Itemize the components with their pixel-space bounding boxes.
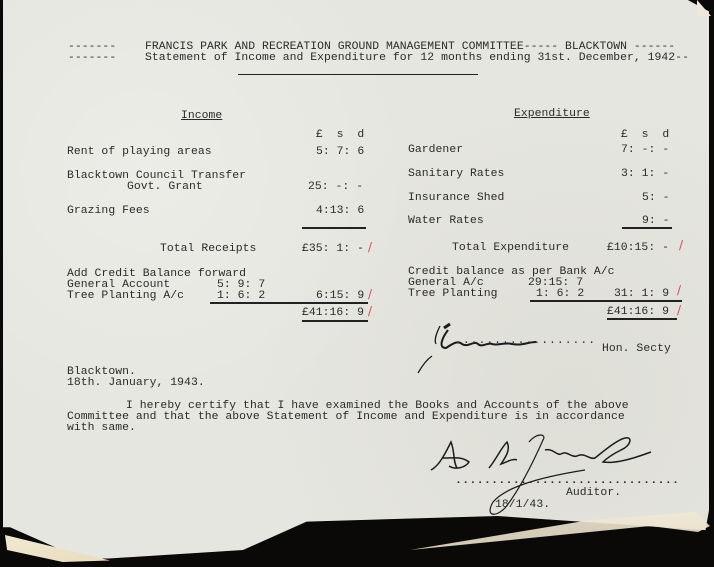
check-mark-icon: / [679, 238, 683, 252]
income-grand-total: £41:16: 9 [302, 307, 364, 319]
expenditure-heading: Expenditure [514, 108, 590, 120]
income-item-label: Grazing Fees [67, 205, 150, 217]
income-balance-rule [210, 302, 368, 304]
header-subtitle: Statement of Income and Expenditure for … [145, 52, 689, 64]
auditor-date: 18/1/43. [495, 499, 550, 511]
expenditure-currency-columns: £ s d [621, 129, 669, 141]
expenditure-item-amount: 5: - [642, 192, 670, 204]
expenditure-balance-rule [530, 300, 682, 302]
check-mark-icon: / [368, 240, 372, 254]
check-mark-icon: / [368, 287, 372, 301]
secretary-signature [412, 318, 542, 378]
income-balance-label: Tree Planting A/c [67, 290, 184, 302]
header-underline [238, 74, 478, 75]
expenditure-grand-total-rule [607, 318, 677, 320]
expenditure-balance-subtotal: 31: 1: 9 [614, 288, 669, 300]
income-subtotal-rule [302, 227, 366, 229]
expenditure-item-label: Water Rates [408, 215, 484, 227]
expenditure-item-amount: 3: 1: - [621, 168, 669, 180]
auditor-title: Auditor. [566, 487, 621, 499]
expenditure-item-label: Sanitary Rates [408, 168, 504, 180]
income-total-amount: £35: 1: - [302, 243, 364, 255]
income-item-label: Rent of playing areas [67, 146, 212, 158]
check-mark-icon: / [677, 303, 681, 317]
secretary-signature-dots: .................. [455, 335, 596, 347]
income-item-amount: 25: -: - [308, 181, 363, 193]
header-dashes-2: ------- [68, 52, 116, 64]
date: 18th. January, 1943. [67, 377, 205, 389]
expenditure-item-amount: 9: - [642, 215, 670, 227]
income-item-label-2: Govt. Grant [127, 181, 203, 193]
expenditure-grand-total: £41:16: 9 [607, 306, 669, 318]
expenditure-total-amount: £10:15: - [607, 242, 669, 254]
expenditure-balance-label: Tree Planting [408, 288, 498, 300]
check-mark-icon: / [368, 304, 372, 318]
expenditure-item-label: Gardener [408, 144, 463, 156]
income-heading: Income [181, 110, 222, 122]
income-balance-amount: 1: 6: 2 [217, 290, 265, 302]
check-mark-icon: / [677, 283, 681, 297]
income-item-amount: 4:13: 6 [316, 205, 364, 217]
expenditure-total-label: Total Expenditure [452, 242, 569, 254]
income-item-amount: 5: 7: 6 [316, 146, 364, 158]
expenditure-subtotal-rule [622, 227, 672, 229]
income-grand-total-rule [302, 320, 368, 322]
expenditure-item-label: Insurance Shed [408, 192, 504, 204]
income-total-label: Total Receipts [160, 243, 256, 255]
income-balance-subtotal: 6:15: 9 [316, 290, 364, 302]
certification-line-3: with same. [67, 422, 136, 434]
auditor-signature-dots: ............................... [455, 475, 679, 487]
income-currency-columns: £ s d [316, 129, 364, 141]
certification-line-2: Committee and that the above Statement o… [67, 411, 625, 423]
expenditure-balance-amount: 1: 6: 2 [536, 288, 584, 300]
expenditure-item-amount: 7: -: - [621, 144, 669, 156]
secretary-title: Hon. Secty [602, 343, 671, 355]
